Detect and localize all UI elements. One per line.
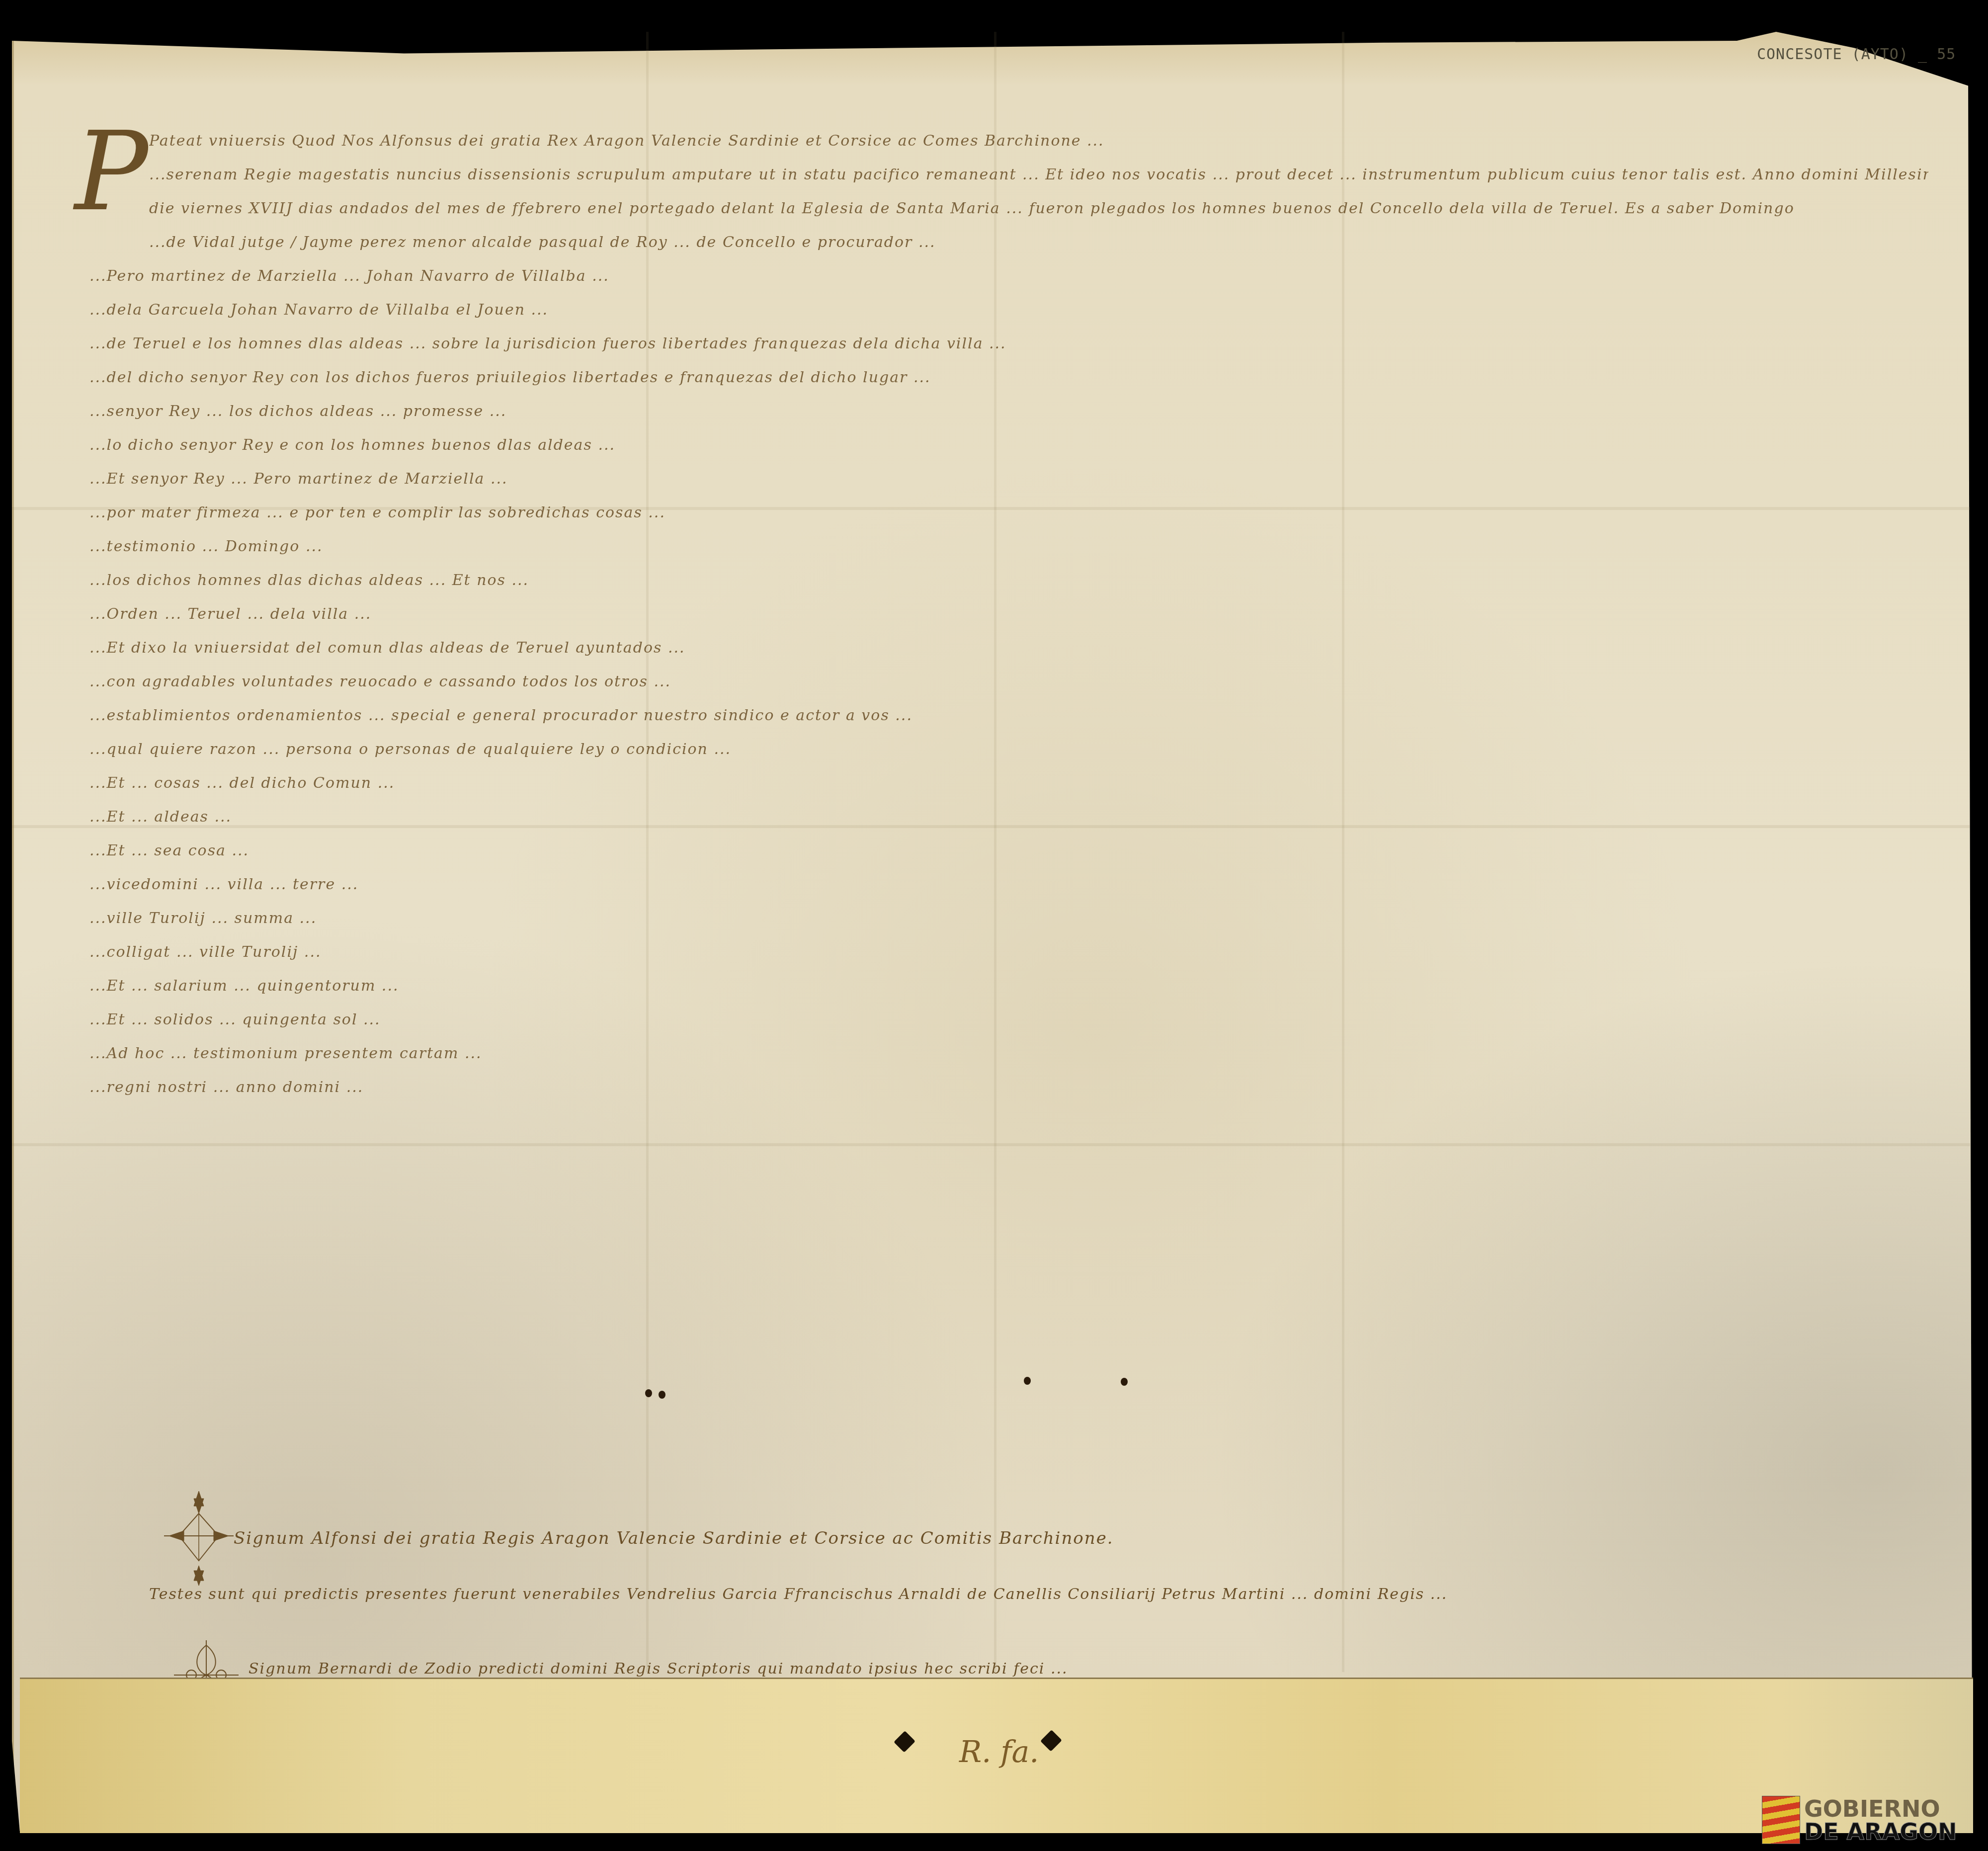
text-line: die viernes XVIIJ dias andados del mes d… [149,199,1928,218]
witness-line: Testes sunt qui predictis presentes fuer… [149,1586,1447,1603]
text-line: ...Et ... aldeas ... [89,808,1928,827]
text-line: ...con agradables voluntades reuocado e … [89,673,1928,691]
text-line: ...serenam Regie magestatis nuncius diss… [149,166,1928,184]
text-line: ...de Teruel e los homnes dlas aldeas ..… [89,335,1928,353]
text-line: ...los dichos homnes dlas dichas aldeas … [89,571,1928,590]
text-line: Pateat vniuersis Quod Nos Alfonsus dei g… [149,132,1928,151]
text-line: ...Pero martinez de Marziella ... Johan … [89,267,1928,286]
text-line: ...senyor Rey ... los dichos aldeas ... … [89,402,1928,421]
text-line: ...dela Garcuela Johan Navarro de Villal… [89,301,1928,320]
gobierno-de-aragon-logo: GOBIERNO DE ARAGON [1762,1796,1957,1844]
text-line: ...colligat ... ville Turolij ... [89,943,1928,962]
damage-hole [1121,1378,1128,1386]
notary-line: Signum Bernardi de Zodio predicti domini… [248,1660,1068,1678]
archive-label: CONCESOTE (AYTO) _ 55 [1757,46,1956,63]
text-line: ...Ad hoc ... testimonium presentem cart… [89,1044,1928,1063]
logo-line-2: DE ARAGON [1804,1820,1957,1843]
text-line: ...Orden ... Teruel ... dela villa ... [89,605,1928,624]
royal-signum-icon [164,1486,234,1586]
text-line: ...por mater firmeza ... e por ten e com… [89,504,1928,522]
text-line: ...testimonio ... Domingo ... [89,537,1928,556]
damage-hole [1024,1377,1031,1385]
text-line: ...qual quiere razon ... persona o perso… [89,740,1928,759]
text-line: ...Et ... cosas ... del dicho Comun ... [89,774,1928,793]
text-line: ...Et ... solidos ... quingenta sol ... [89,1010,1928,1029]
charter-text: Pateat vniuersis Quod Nos Alfonsus dei g… [89,132,1928,1399]
damage-hole [645,1389,652,1397]
fold-signature: R. fa. [959,1735,1039,1769]
text-line: ...lo dicho senyor Rey e con los homnes … [89,436,1928,455]
text-line: ...ville Turolij ... summa ... [89,909,1928,928]
text-line: ...del dicho senyor Rey con los dichos f… [89,368,1928,387]
aragon-flag-icon [1762,1796,1800,1844]
damage-hole [659,1391,665,1399]
text-line: ...Et ... sea cosa ... [89,841,1928,860]
text-line: ...Et senyor Rey ... Pero martinez de Ma… [89,470,1928,489]
text-line: ...establimientos ordenamientos ... spec… [89,706,1928,725]
text-line: ...Et ... salarium ... quingentorum ... [89,977,1928,996]
logo-line-1: GOBIERNO [1804,1797,1957,1820]
signum-line: Signum Alfonsi dei gratia Regis Aragon V… [234,1528,1114,1548]
text-line: ...regni nostri ... anno domini ... [89,1078,1928,1097]
text-line: ...de Vidal jutge / Jayme perez menor al… [149,233,1928,252]
text-line: ...Et dixo la vniuersidat del comun dlas… [89,639,1928,658]
text-line: ...vicedomini ... villa ... terre ... [89,875,1928,894]
